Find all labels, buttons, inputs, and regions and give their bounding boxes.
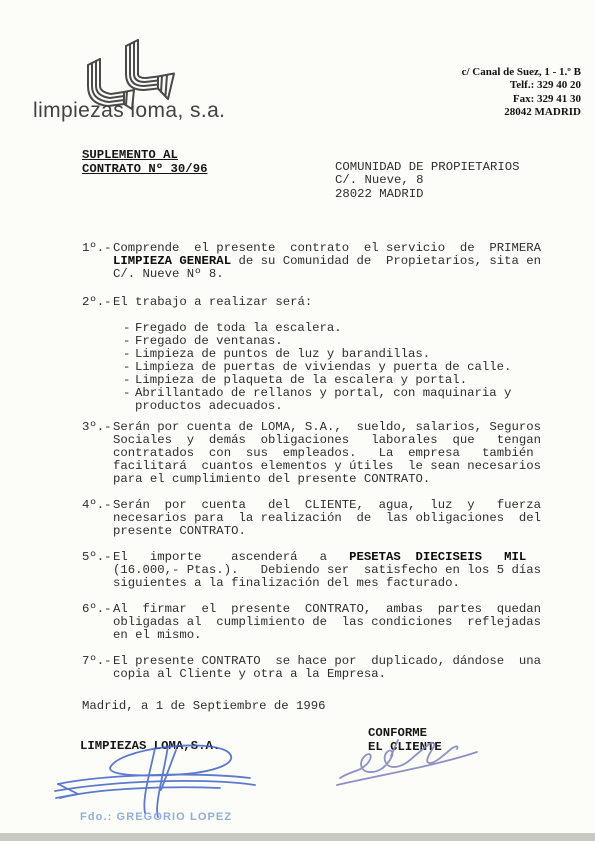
company-signature-ink bbox=[48, 728, 273, 823]
letterhead-address: c/ Canal de Suez, 1 - 1.º BTelf.: 329 40… bbox=[462, 66, 581, 120]
text-line: 28042 MADRID bbox=[462, 106, 581, 119]
clause: 3º.-Serán por cuenta de LOMA, S.A., suel… bbox=[82, 421, 552, 486]
recipient-address: COMUNIDAD DE PROPIETARIOSC/. Nueve, 8280… bbox=[335, 161, 519, 201]
clauses-after-list: 3º.-Serán por cuenta de LOMA, S.A., suel… bbox=[82, 421, 552, 681]
clause: 2º.-El trabajo a realizar será: bbox=[82, 296, 552, 309]
text-line: SUPLEMENTO AL bbox=[82, 149, 207, 163]
clause-text: Al firmar el presente CONTRATO, ambas pa… bbox=[113, 603, 545, 642]
clause: 6º.-Al firmar el presente CONTRATO, amba… bbox=[82, 603, 552, 642]
text-line: COMUNIDAD DE PROPIETARIOS bbox=[335, 161, 519, 174]
signer-name-stamp: Fdo.: GREGORIO LOPEZ bbox=[80, 811, 232, 823]
date-line: Madrid, a 1 de Septiembre de 1996 bbox=[82, 699, 326, 713]
text-line: Telf.: 329 40 20 bbox=[462, 79, 581, 92]
client-signature-ink bbox=[325, 726, 495, 806]
work-list: -Fregado de toda la escalera.-Fregado de… bbox=[123, 322, 552, 413]
clause: 1º.-Comprende el presente contrato el se… bbox=[82, 242, 552, 281]
clause-text: El importe ascenderá a PESETAS DIECISEIS… bbox=[113, 551, 545, 590]
text-line: CONTRATO Nº 30/96 bbox=[82, 163, 207, 177]
scan-edge-artifact bbox=[0, 833, 595, 841]
clause-number: 7º.- bbox=[82, 655, 113, 668]
clause-text: El trabajo a realizar será: bbox=[113, 296, 545, 309]
text-line: Fax: 329 41 30 bbox=[462, 93, 581, 106]
clause-number: 3º.- bbox=[82, 421, 113, 434]
clause: 5º.-El importe ascenderá a PESETAS DIECI… bbox=[82, 551, 552, 590]
clauses-before-list: 1º.-Comprende el presente contrato el se… bbox=[82, 242, 552, 309]
clause-text: Serán por cuenta de LOMA, S.A., sueldo, … bbox=[113, 421, 545, 486]
clause: 4º.-Serán por cuenta del CLIENTE, agua, … bbox=[82, 499, 552, 538]
clause-number: 1º.- bbox=[82, 242, 113, 255]
document-page: limpiezas loma, s.a. c/ Canal de Suez, 1… bbox=[0, 0, 595, 841]
clause-number: 5º.- bbox=[82, 551, 113, 564]
work-item: -Abrillantado de rellanos y portal, con … bbox=[123, 387, 552, 413]
clause: 7º.-El presente CONTRATO se hace por dup… bbox=[82, 655, 552, 681]
text-line: C/. Nueve, 8 bbox=[335, 174, 519, 187]
work-item-text: Abrillantado de rellanos y portal, con m… bbox=[135, 387, 511, 413]
list-dash: - bbox=[123, 387, 135, 400]
clause-text: Comprende el presente contrato el servic… bbox=[113, 242, 545, 281]
text-line: c/ Canal de Suez, 1 - 1.º B bbox=[462, 66, 581, 79]
text-line: 28022 MADRID bbox=[335, 188, 519, 201]
contract-body: 1º.-Comprende el presente contrato el se… bbox=[82, 242, 552, 681]
clause-number: 4º.- bbox=[82, 499, 113, 512]
clause-number: 6º.- bbox=[82, 603, 113, 616]
clause-number: 2º.- bbox=[82, 296, 113, 309]
contract-reference: SUPLEMENTO ALCONTRATO Nº 30/96 bbox=[82, 149, 207, 176]
clause-text: El presente CONTRATO se hace por duplica… bbox=[113, 655, 545, 681]
clause-text: Serán por cuenta del CLIENTE, agua, luz … bbox=[113, 499, 545, 538]
company-name: limpiezas loma, s.a. bbox=[33, 99, 225, 123]
